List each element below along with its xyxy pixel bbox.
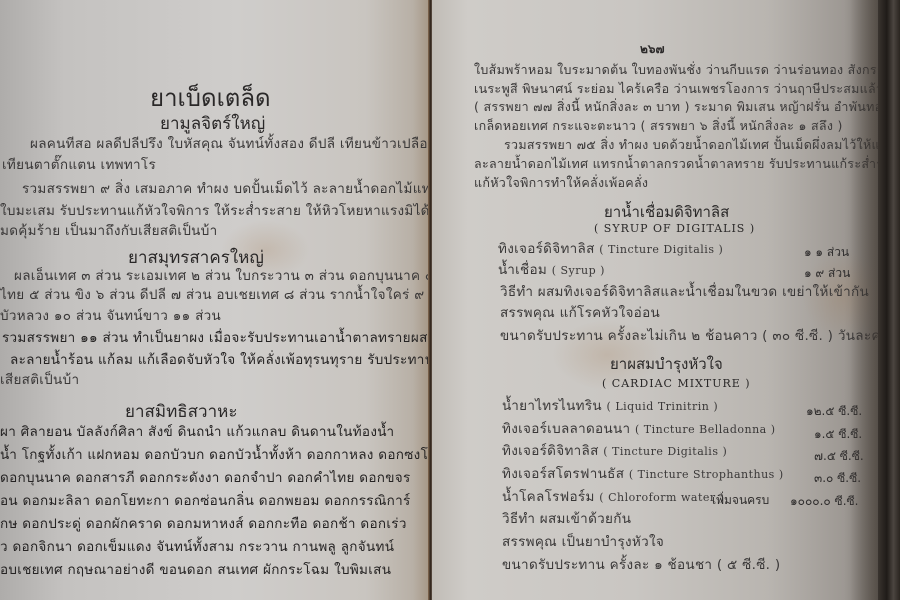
text-line: ผลเอ็นเทศ ๓ ส่วน ระเอมเทศ ๒ ส่วน ใบกระวา… — [14, 268, 430, 284]
ingredient-qty: ๑ ๑ ส่วน — [804, 243, 849, 262]
ingredient-latin: ( Tincture Digitalis ) — [599, 243, 723, 256]
text-line: ดอกบุนนาค ดอกสารภี ดอกกระดังงา ดอกจำปา ด… — [0, 470, 411, 486]
text-line: บัวหลวง ๑๐ ส่วน จันทน์ขาว ๑๑ ส่วน — [0, 308, 221, 324]
text-line: อบเชยเทศ กฤษณาอย่างดี ขอนดอก สนเทศ ผักกร… — [0, 562, 391, 578]
recipe-title: ยาสมุทรสาครใหญ่ — [128, 244, 264, 271]
page-number: ๒๖๗ — [640, 40, 665, 59]
benefit-text: สรรพคุณ เป็นยาบำรุงหัวใจ — [502, 534, 664, 550]
ingredient-latin: ( Syrup ) — [552, 264, 605, 277]
benefit-text: สรรพคุณ แก้โรคหัวใจอ่อน — [500, 305, 660, 321]
method-text: วิธีทำ ผสมเข้าด้วยกัน — [502, 511, 631, 527]
method-text: วิธีทำ ผสมทิงเจอร์ดิจิทาลิสและน้ำเชื่อมใ… — [500, 284, 869, 300]
right-page: ๒๖๗ ใบส้มพร้าหอม ใบระมาดต้น ใบทองพันชั่ง… — [432, 0, 880, 600]
book-page-edges — [878, 0, 900, 600]
ingredient-row: ทิงเจอร์สโตรฟานธัส ( Tincture Strophanth… — [502, 466, 784, 483]
ingredient-row: น้ำเชื่อม ( Syrup ) — [498, 262, 605, 279]
recipe-title: ยาผสมบำรุงหัวใจ — [610, 352, 723, 376]
recipe-title: ยาสมิทธิสวาหะ — [125, 398, 237, 425]
text-line: รวมสรรพยา ๑๑ ส่วน ทำเป็นยาผง เมื่อจะรับป… — [2, 330, 430, 346]
recipe-title: ยามูลจิตร์ใหญ่ — [160, 110, 265, 137]
text-line: ผา ศิลายอน บัลลังก์ศิลา สังข์ ดินถนำ แก้… — [0, 424, 394, 440]
ingredient-extra: เพิ่มจนครบ — [712, 491, 769, 510]
ingredient-latin: ( Chloroform water ) — [599, 491, 724, 504]
text-line: แก้หัวใจพิการทำให้คลั่งเพ้อคลั่ง — [474, 175, 648, 191]
ingredient-thai: ทิงเจอร์ดิจิทาลิส — [498, 241, 595, 257]
text-line: เสียสติเป็นบ้า — [0, 372, 79, 388]
text-line: น้ำ โกฐทั้งเก้า แฝกหอม ดอกบัวบก ดอกบัวน้… — [0, 447, 430, 463]
text-line: เนระพูสี พิษนาศน์ ระย่อม ไคร้เครือ ว่านเ… — [474, 81, 880, 97]
ingredient-row: ทิงเจอร์ดิจิทาลิส ( Tincture Digitalis ) — [502, 443, 727, 460]
dosage-text: ขนาดรับประทาน ครั้งละไม่เกิน ๒ ช้อนคาว (… — [500, 328, 880, 344]
text-line: กษ ดอกประดู่ ดอกผักคราด ดอกมหาหงส์ ดอกกะ… — [0, 516, 407, 532]
ingredient-qty: ๗.๕ ซี.ซี. — [814, 447, 864, 466]
text-line: ไทย ๕ ส่วน ขิง ๖ ส่วน ดีปลี ๗ ส่วน อบเชย… — [0, 287, 430, 303]
ingredient-row: น้ำยาไทรไนทริน ( Liquid Trinitrin ) — [502, 398, 718, 415]
text-line: ละลายน้ำร้อน แก้ลม แก้เลือดจับหัวใจ ให้ค… — [10, 352, 430, 368]
ingredient-thai: ทิงเจอร์เบลลาดอนนา — [502, 421, 630, 437]
open-book: ยาเบ็ดเตล็ด ยามูลจิตร์ใหญ่ ผลคนทีสอ ผลดี… — [0, 0, 900, 600]
ingredient-thai: น้ำโคลโรฟอร์ม — [502, 489, 595, 505]
ingredient-row: น้ำโคลโรฟอร์ม ( Chloroform water ) — [502, 489, 724, 506]
ingredient-latin: ( Tincture Digitalis ) — [603, 445, 727, 458]
ingredient-latin: ( Tincture Strophanthus ) — [629, 468, 784, 481]
recipe-subtitle: ( SYRUP OF DIGITALIS ) — [594, 222, 755, 235]
text-line: เทียนตาตั๊กแตน เทพทาโร — [2, 157, 156, 173]
ingredient-row: ทิงเจอร์เบลลาดอนนา ( Tincture Belladonna… — [502, 421, 776, 438]
ingredient-thai: ทิงเจอร์สโตรฟานธัส — [502, 466, 624, 482]
text-line: ผลคนทีสอ ผลดีปลีปรึง ใบหัสคุณ จันทน์ทั้ง… — [30, 136, 430, 152]
text-line: ว ดอกจิกนา ดอกเข็มแดง จันทน์ทั้งสาม กระว… — [0, 539, 394, 555]
recipe-title: ยาน้ำเชื่อมดิจิทาลิส — [604, 200, 729, 224]
text-line: ใบส้มพร้าหอม ใบระมาดต้น ใบทองพันชั่ง ว่า… — [474, 62, 880, 78]
ingredient-thai: น้ำเชื่อม — [498, 262, 547, 278]
text-line: มดคุ้มร้าย เป็นมาถึงกับเสียสติเป็นบ้า — [0, 223, 217, 239]
ingredient-latin: ( Liquid Trinitrin ) — [607, 400, 719, 413]
text-line: อน ดอกมะลิลา ดอกโยทะกา ดอกซ่อนกลิ่น ดอกพ… — [0, 493, 411, 509]
ingredient-thai: ทิงเจอร์ดิจิทาลิส — [502, 443, 599, 459]
ingredient-qty: ๑๐๐๐.๐ ซี.ซี. — [790, 492, 858, 511]
text-line: รวมสรรพยา ๙ สิ่ง เสมอภาค ทำผง บดปั้นเม็ด… — [22, 181, 430, 197]
ingredient-latin: ( Tincture Belladonna ) — [635, 423, 776, 436]
text-line: ละลายน้ำดอกไม้เทศ แทรกน้ำตาลกรวดน้ำตาลทร… — [474, 156, 880, 172]
ingredient-qty: ๑๒.๕ ซี.ซี. — [806, 402, 862, 421]
ingredient-qty: ๑ ๙ ส่วน — [804, 264, 850, 283]
text-line: รวมสรรพยา ๗๕ สิ่ง ทำผง บดด้วยน้ำดอกไม้เท… — [504, 137, 880, 153]
ingredient-row: ทิงเจอร์ดิจิทาลิส ( Tincture Digitalis ) — [498, 241, 723, 258]
left-page: ยาเบ็ดเตล็ด ยามูลจิตร์ใหญ่ ผลคนทีสอ ผลดี… — [0, 0, 430, 600]
text-line: ใบมะเสม รับประทานแก้หัวใจพิการ ให้ระส่ำร… — [0, 203, 430, 219]
recipe-subtitle: ( CARDIAC MIXTURE ) — [602, 377, 751, 390]
text-line: เกล็ดหอยเทศ กระแจะตะนาว ( สรรพยา ๖ สิ่งน… — [474, 118, 843, 134]
text-line: ( สรรพยา ๗๗ สิ่งนี้ หนักสิ่งละ ๓ บาท ) ร… — [474, 99, 880, 115]
ingredient-qty: ๑.๕ ซี.ซี. — [814, 425, 862, 444]
dosage-text: ขนาดรับประทาน ครั้งละ ๑ ช้อนชา ( ๕ ซี.ซี… — [502, 557, 780, 573]
ingredient-thai: น้ำยาไทรไนทริน — [502, 398, 602, 414]
ingredient-qty: ๓.๐ ซี.ซี. — [814, 469, 861, 488]
